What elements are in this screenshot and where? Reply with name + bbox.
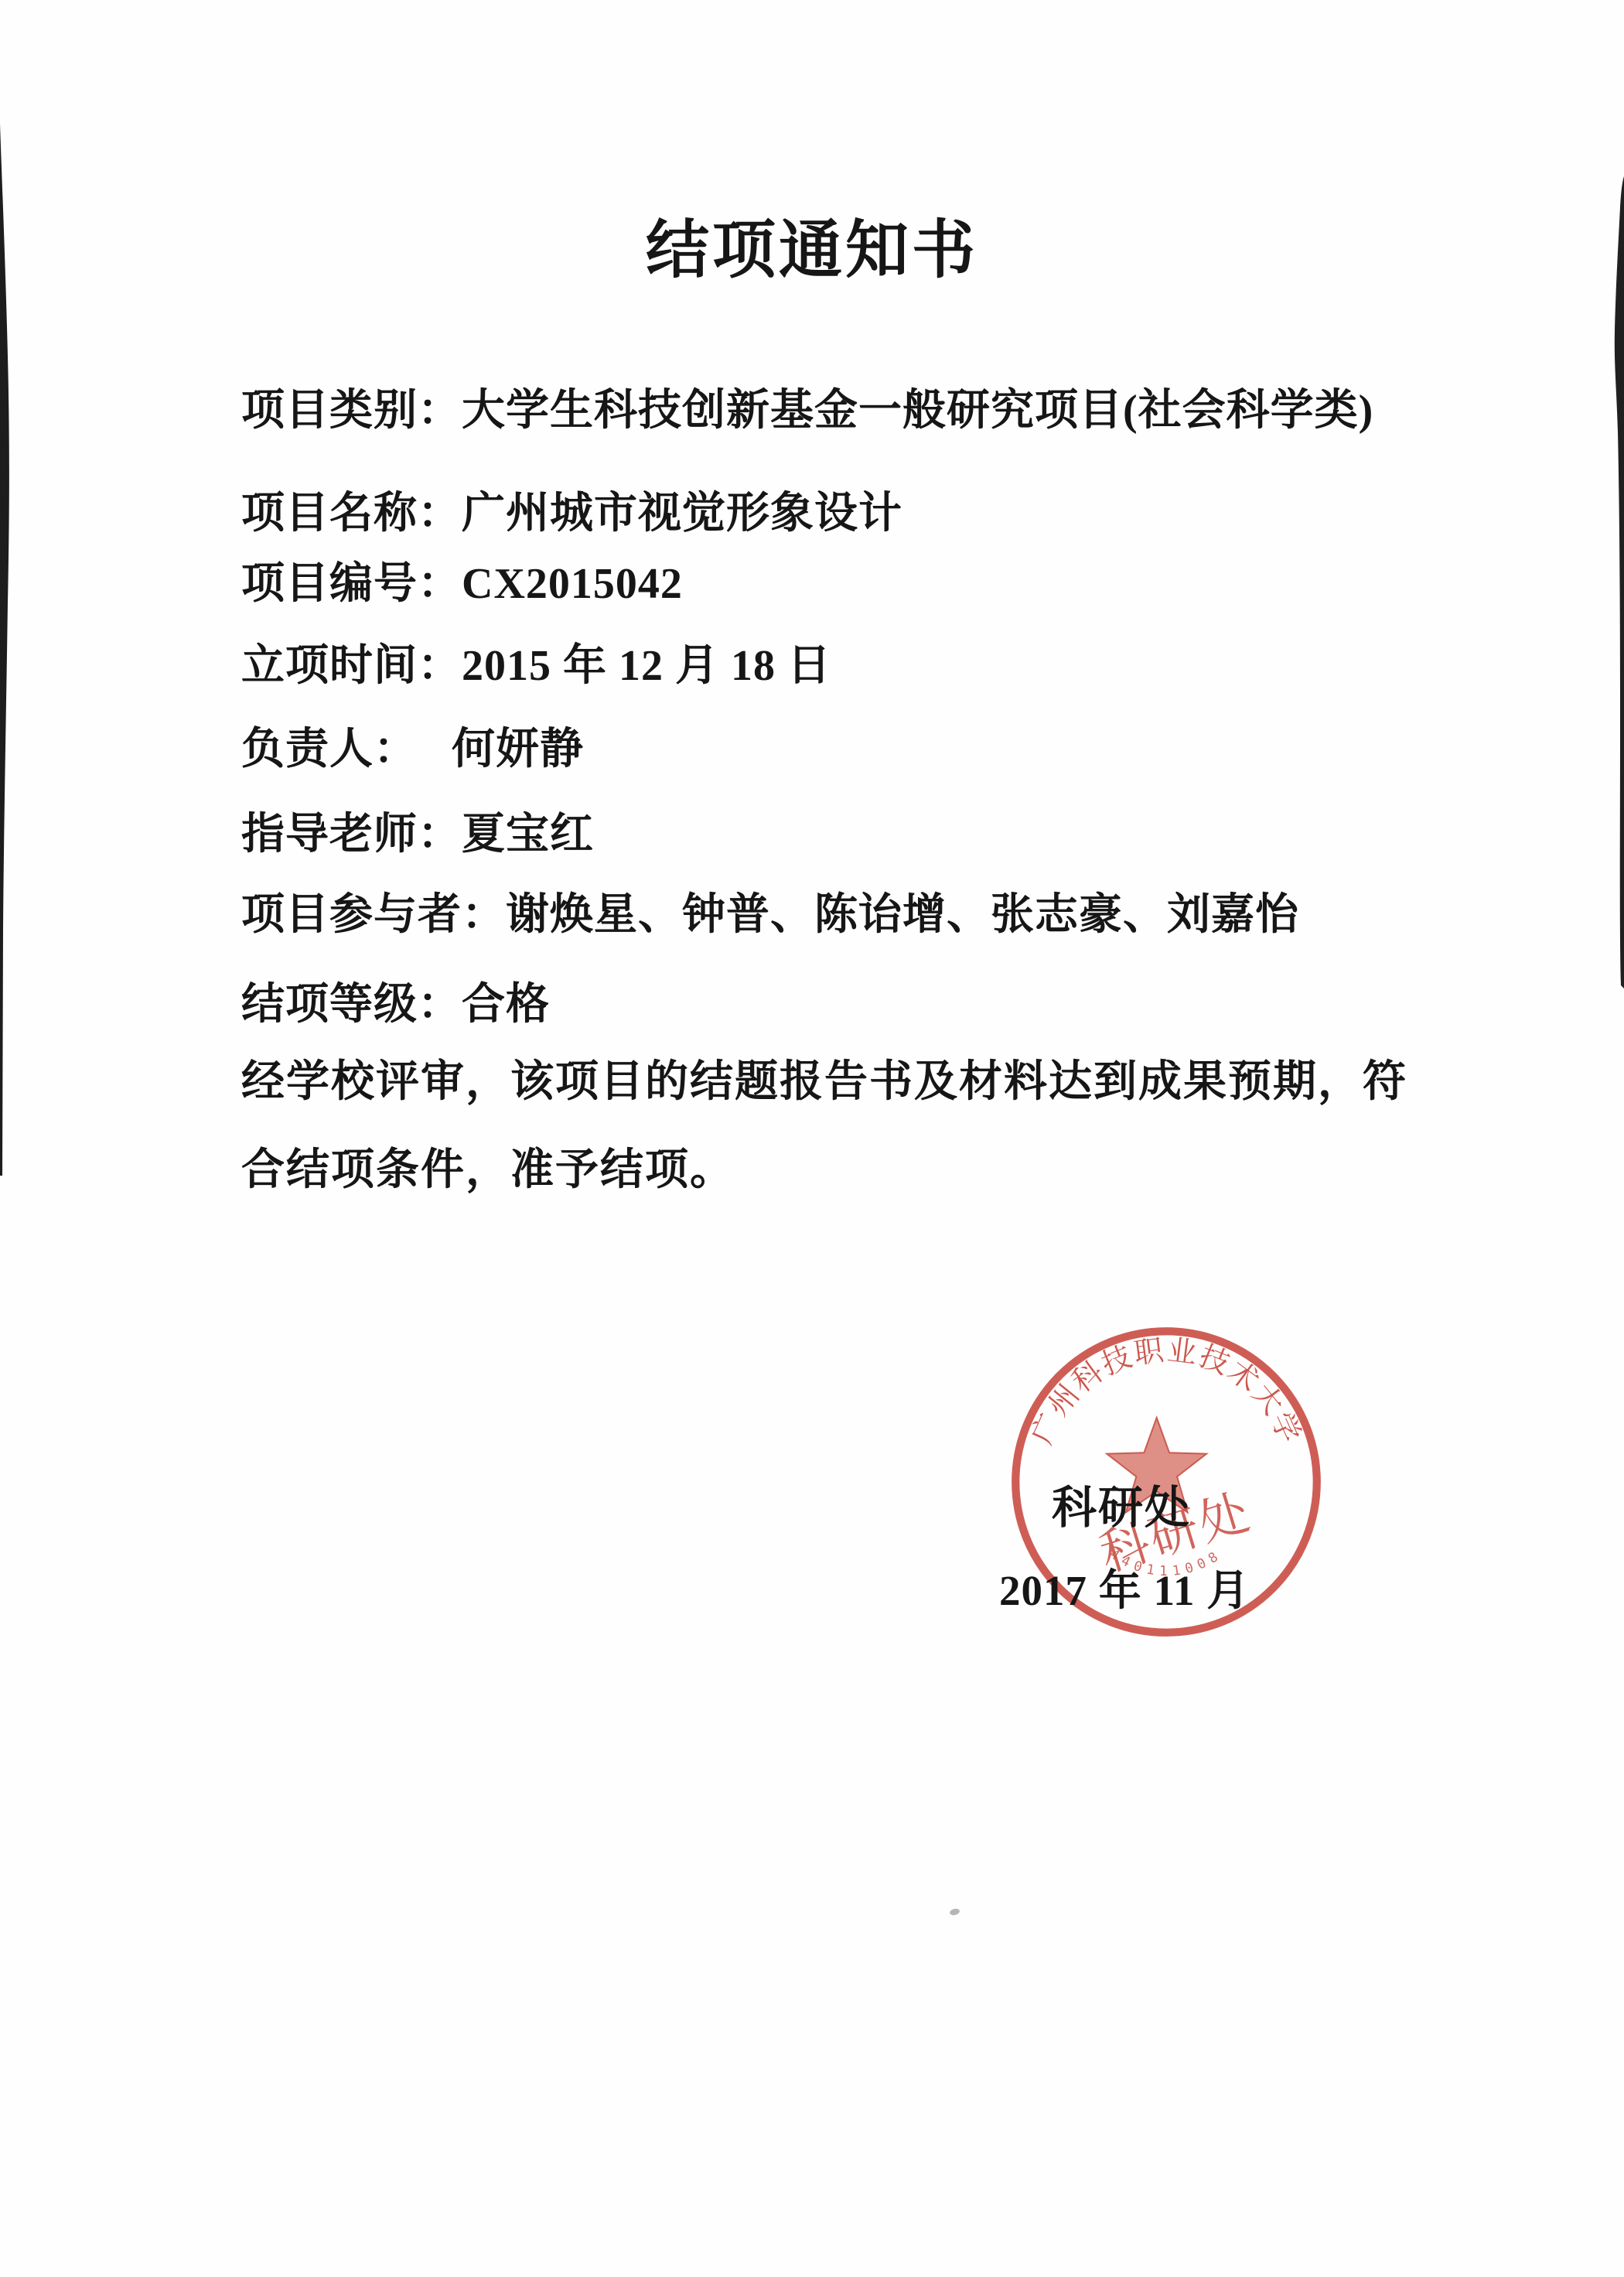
field-value: 谢焕星、钟普、陈诒增、张志豪、刘嘉怡	[506, 891, 1299, 939]
closing-paragraph-line-1: 经学校评审，该项目的结题报告书及材料达到成果预期，符	[241, 1057, 1407, 1108]
field-row-participants: 项目参与者：谢焕星、钟普、陈诒增、张志豪、刘嘉怡	[241, 889, 1299, 941]
right-edge-scan-artifact	[1610, 176, 1624, 988]
signature-department: 科研处	[1052, 1471, 1191, 1536]
scan-speck	[949, 1907, 960, 1916]
field-label: 项目类别：	[241, 387, 462, 435]
field-row-leader: 负责人：何妍静	[241, 724, 584, 776]
field-row-project-type: 项目类别：大学生科技创新基金一般研究项目(社会科学类)	[241, 385, 1373, 437]
signature-date: 2017 年 11 月	[999, 1556, 1250, 1617]
field-row-project-number: 项目编号：CX2015042	[241, 558, 683, 610]
field-row-approval-date: 立项时间：2015 年 12 月 18 日	[241, 640, 831, 692]
field-value: 广州城市视觉形象设计	[462, 490, 902, 538]
field-label: 指导老师：	[241, 811, 462, 859]
field-label: 项目编号：	[241, 560, 462, 608]
field-label: 立项时间：	[241, 642, 462, 690]
field-value: 夏宝红	[462, 811, 594, 859]
page-title: 结项通知书	[0, 200, 1624, 290]
seal-arc-text: 广州科技职业技术大学	[1026, 1334, 1307, 1449]
field-value: CX2015042	[462, 560, 683, 608]
field-value: 大学生科技创新基金一般研究项目(社会科学类)	[462, 387, 1373, 435]
field-value: 合格	[462, 981, 550, 1029]
field-row-completion-grade: 结项等级：合格	[241, 979, 550, 1031]
field-label: 项目参与者：	[241, 891, 506, 939]
field-label: 负责人：	[241, 725, 418, 773]
field-value: 2015 年 12 月 18 日	[462, 642, 831, 690]
field-row-project-name: 项目名称：广州城市视觉形象设计	[241, 488, 902, 540]
field-label: 项目名称：	[241, 490, 462, 538]
scanned-document-page: 结项通知书 项目类别：大学生科技创新基金一般研究项目(社会科学类) 项目名称：广…	[0, 0, 1624, 2277]
field-value: 何妍静	[452, 725, 584, 773]
field-label: 结项等级：	[241, 981, 462, 1029]
field-row-advisor: 指导老师：夏宝红	[241, 809, 594, 861]
closing-paragraph-line-2: 合结项条件，准予结项。	[241, 1145, 735, 1197]
